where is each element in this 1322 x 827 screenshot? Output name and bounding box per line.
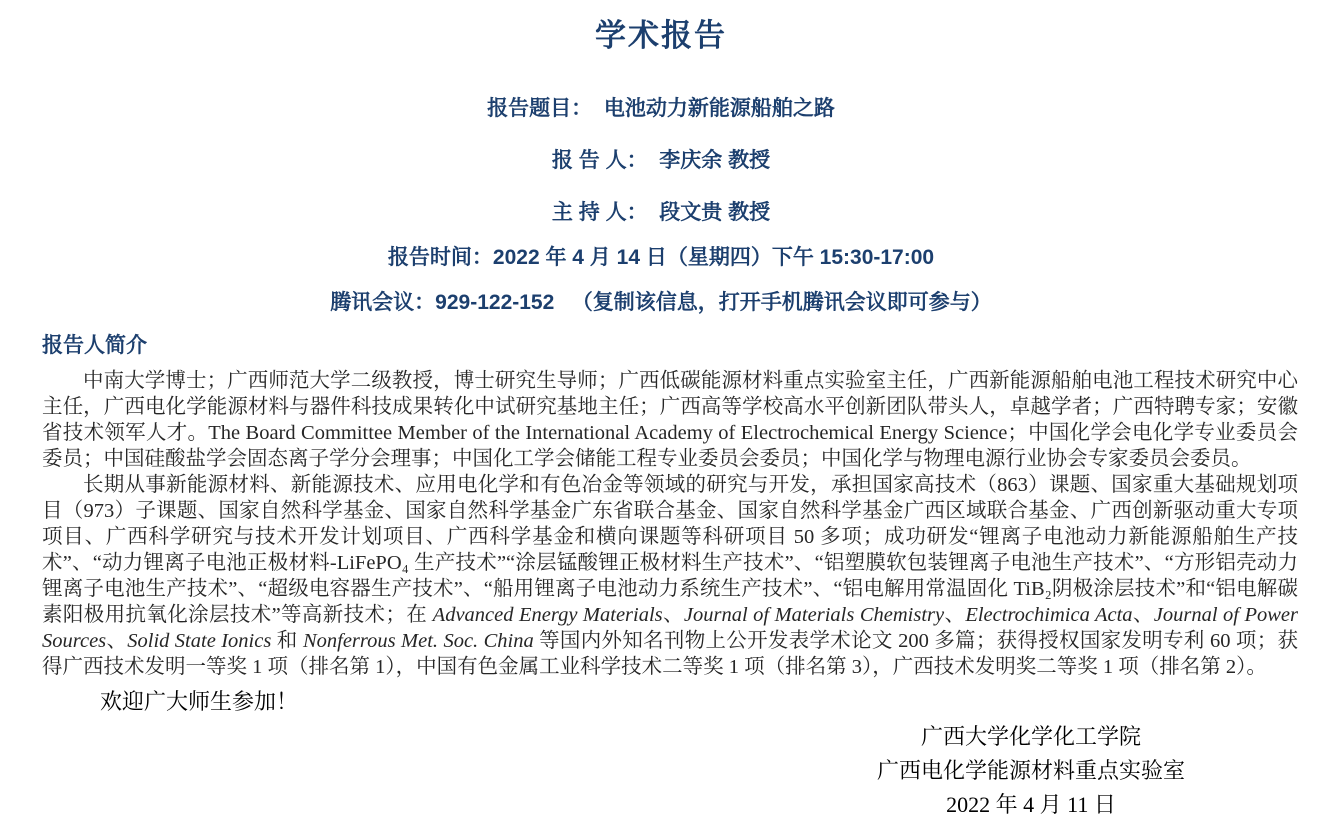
meta-line-meeting: 腾讯会议：929-122-152 （复制该信息，打开手机腾讯会议即可参与）	[0, 288, 1322, 318]
meta-line-speaker: 报 告 人： 李庆余 教授	[0, 146, 1322, 176]
doc-title: 学术报告	[0, 16, 1322, 56]
meta-line-topic: 报告题目： 电池动力新能源船舶之路	[0, 94, 1322, 124]
bio-paragraph-2: 长期从事新能源材料、新能源技术、应用电化学和有色冶金等领域的研究与开发，承担国家…	[42, 472, 1298, 680]
signature-line-date: 2022 年 4 月 11 日	[877, 788, 1185, 822]
signature-line-lab: 广西电化学能源材料重点实验室	[877, 754, 1185, 788]
meta-line-host: 主 持 人： 段文贵 教授	[0, 198, 1322, 228]
bio-section: 报告人简介 中南大学博士；广西师范大学二级教授，博士研究生导师；广西低碳能源材料…	[0, 334, 1322, 680]
meta-line-time: 报告时间：2022 年 4 月 14 日（星期四）下午 15:30-17:00	[0, 243, 1322, 273]
bio-paragraph-1: 中南大学博士；广西师范大学二级教授，博士研究生导师；广西低碳能源材料重点实验室主…	[42, 368, 1298, 472]
welcome-line: 欢迎广大师生参加！	[100, 688, 1298, 716]
document-page: 学术报告 报告题目： 电池动力新能源船舶之路 报 告 人： 李庆余 教授 主 持…	[0, 0, 1322, 827]
meta-block: 报告题目： 电池动力新能源船舶之路 报 告 人： 李庆余 教授 主 持 人： 段…	[0, 94, 1322, 318]
section-heading-bio: 报告人简介	[42, 334, 1298, 358]
signature-block: 广西大学化学化工学院 广西电化学能源材料重点实验室 2022 年 4 月 11 …	[877, 720, 1185, 822]
signature-line-college: 广西大学化学化工学院	[877, 720, 1185, 754]
